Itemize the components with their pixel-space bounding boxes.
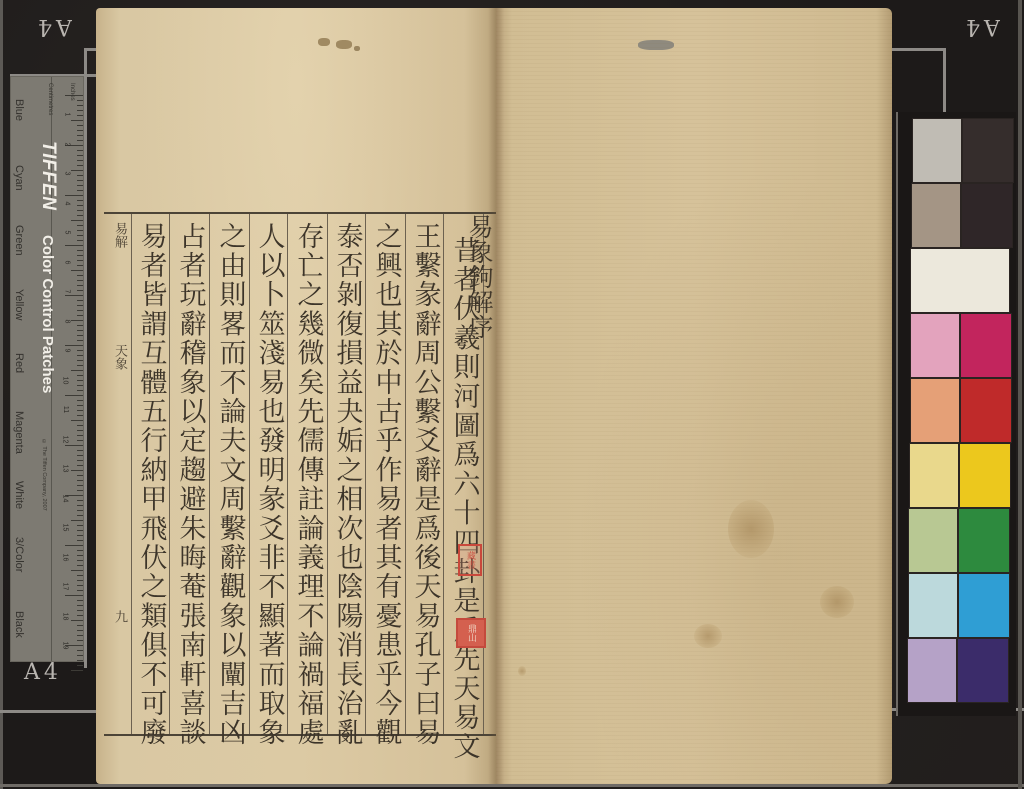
ruler-tick	[77, 165, 83, 166]
color-patch-left	[909, 443, 959, 508]
ruler-tick	[77, 460, 83, 461]
water-stain	[728, 500, 774, 558]
ruler-tick	[77, 205, 83, 206]
margin-page-number: 九	[110, 610, 129, 623]
ruler-tick	[71, 620, 83, 621]
text-column-2: 王繫彖辭周公繫爻辭是爲後天易孔子曰易	[406, 214, 444, 734]
ruler-tick	[77, 540, 83, 541]
color-patch-left	[908, 508, 958, 573]
tiffen-color-ruler: 12345678910111213141516171819 Centimetre…	[10, 76, 84, 662]
ruler-tick	[77, 525, 83, 526]
a4-label-bottom-left: A4	[24, 660, 62, 685]
ruler-tick	[65, 345, 83, 346]
color-patch-left	[910, 378, 960, 443]
ruler-tick	[77, 650, 83, 651]
color-patch-left	[908, 573, 958, 638]
ruler-tick	[65, 545, 83, 546]
column-text: 泰否剝復損益夬姤之相次也陰陽消長治亂	[328, 222, 366, 748]
color-word-blue: Blue	[13, 99, 25, 121]
ruler-tick	[77, 390, 83, 391]
color-patch-right	[959, 443, 1011, 508]
ruler-tick	[77, 130, 83, 131]
ruler-cm-label: 3	[64, 172, 71, 176]
ruler-tick	[77, 640, 83, 641]
ruler-tick	[77, 200, 83, 201]
column-text: 易者皆謂互體五行納甲飛伏之類俱不可廢	[132, 222, 170, 748]
ruler-tick	[71, 320, 83, 321]
water-stain	[694, 624, 722, 648]
ruler-tick	[71, 420, 83, 421]
ruler-tick	[77, 510, 83, 511]
ruler-cm-label: 1	[64, 113, 71, 117]
ruler-tick	[77, 240, 83, 241]
color-patch-right	[960, 378, 1012, 443]
ruler-tick	[77, 490, 83, 491]
ruler-tick	[77, 275, 83, 276]
ruler-title: Color Control Patches	[39, 235, 56, 393]
a4-label-top-right: A4	[962, 14, 1000, 39]
ruler-tick	[71, 520, 83, 521]
ruler-tick	[77, 140, 83, 141]
color-patch-left	[910, 313, 960, 378]
page-margin-column: 易解 天象 九	[104, 214, 132, 734]
ruler-units-in: Inches	[69, 83, 75, 101]
ruler-tick	[77, 380, 83, 381]
ruler-tick	[77, 225, 83, 226]
color-word-black: Black	[13, 611, 25, 638]
ruler-tick	[65, 395, 83, 396]
ruler-tick	[77, 400, 83, 401]
ruler-tick	[71, 670, 83, 671]
ruler-cm-label: 8	[64, 319, 71, 323]
ruler-tick	[77, 605, 83, 606]
ruler-cm-label: 16	[62, 553, 69, 561]
text-column-5: 存亡之幾微矣先儒傳註論義理不論禍福處	[288, 214, 328, 734]
ruler-tick	[65, 445, 83, 446]
color-patch-right	[958, 508, 1010, 573]
color-patch-right	[957, 638, 1009, 703]
tiffen-logo: TIFFEN	[37, 141, 59, 211]
ruler-cm-label: 7	[64, 290, 71, 294]
ruler-tick	[77, 315, 83, 316]
wormhole-damage	[354, 46, 360, 51]
ruler-copyright: © The Tiffen Company, 2007	[41, 439, 47, 511]
ruler-tick	[77, 610, 83, 611]
ruler-tick	[77, 310, 83, 311]
ruler-tick	[77, 555, 83, 556]
ruler-tick	[77, 435, 83, 436]
ruler-tick	[77, 375, 83, 376]
color-patch-right	[960, 313, 1012, 378]
red-seal-stamp: 鼎山	[456, 618, 486, 648]
color-patch-right	[962, 118, 1014, 183]
ruler-tick	[77, 105, 83, 106]
ruler-tick	[71, 220, 83, 221]
ruler-tick	[77, 100, 83, 101]
ruler-tick	[77, 115, 83, 116]
ruler-cm-label: 2	[64, 142, 71, 146]
ruler-tick	[77, 190, 83, 191]
ruler-tick	[77, 655, 83, 656]
ruler-tick	[77, 135, 83, 136]
text-column-9: 易者皆謂互體五行納甲飛伏之類俱不可廢	[132, 214, 170, 734]
ruler-tick	[71, 470, 83, 471]
left-page: 易解 天象 九 易者皆謂互體五行納甲飛伏之類俱不可廢 占者玩辭稽象以定趨避朱晦菴…	[96, 8, 496, 784]
ruler-cm-label: 14	[62, 494, 69, 502]
ruler-tick	[77, 660, 83, 661]
ruler-tick	[65, 245, 83, 246]
ruler-tick	[71, 270, 83, 271]
color-control-patches	[896, 112, 1016, 716]
right-page-blank	[496, 8, 892, 784]
ruler-tick	[77, 515, 83, 516]
ruler-tick	[77, 485, 83, 486]
ruler-tick	[77, 255, 83, 256]
text-column-6: 人以卜筮淺易也發明彖爻非不顯著而取象	[250, 214, 288, 734]
wormhole-damage	[336, 40, 352, 49]
ruler-cm-label: 13	[62, 465, 69, 473]
color-word-green: Green	[13, 225, 25, 256]
ruler-tick	[77, 355, 83, 356]
text-column-8: 占者玩辭稽象以定趨避朱晦菴張南軒喜談	[170, 214, 210, 734]
frame-line	[0, 710, 98, 713]
water-stain	[820, 586, 854, 618]
ruler-tick	[77, 300, 83, 301]
ruler-tick	[65, 295, 83, 296]
ruler-tick	[65, 595, 83, 596]
color-word-magenta: Magenta	[13, 411, 25, 454]
ruler-cm-label: 9	[64, 349, 71, 353]
ruler-cm-label: 17	[62, 583, 69, 591]
ruler-tick	[77, 155, 83, 156]
ruler-tick	[77, 335, 83, 336]
ruler-tick	[77, 125, 83, 126]
ruler-tick	[77, 285, 83, 286]
ruler-tick	[77, 480, 83, 481]
text-column-3: 之興也其於中古乎作易者其有憂患乎今觀	[366, 214, 406, 734]
color-patch-right	[961, 183, 1013, 248]
ruler-tick	[77, 265, 83, 266]
ruler-tick	[77, 500, 83, 501]
ruler-tick	[71, 120, 83, 121]
column-text: 人以卜筮淺易也發明彖爻非不顯著而取象	[250, 222, 288, 748]
ruler-cm-label: 10	[62, 376, 69, 384]
text-column-7: 之由則畧而不論夫文周繫辭觀象以闡吉凶	[210, 214, 250, 734]
ruler-tick	[77, 585, 83, 586]
ruler-tick	[77, 365, 83, 366]
ruler-tick	[77, 385, 83, 386]
ruler-tick	[77, 415, 83, 416]
frame-line	[888, 48, 946, 51]
ruler-cm-label: 15	[62, 524, 69, 532]
ruler-tick	[77, 290, 83, 291]
margin-section: 天象	[110, 344, 129, 370]
ruler-tick	[77, 450, 83, 451]
ruler-tick	[77, 505, 83, 506]
ruler-tick	[77, 475, 83, 476]
ruler-tick	[77, 235, 83, 236]
color-word-white: White	[13, 481, 25, 509]
ruler-tick	[77, 325, 83, 326]
ruler-tick	[77, 260, 83, 261]
ruler-tick	[77, 150, 83, 151]
text-column-4: 泰否剝復損益夬姤之相次也陰陽消長治亂	[328, 214, 366, 734]
color-word-yellow: Yellow	[13, 289, 25, 320]
ruler-tick	[77, 550, 83, 551]
ruler-tick	[77, 590, 83, 591]
ruler-tick	[77, 305, 83, 306]
color-patch-left	[911, 183, 961, 248]
ruler-tick	[77, 350, 83, 351]
color-word-cyan: Cyan	[13, 165, 25, 191]
ruler-cm-label: 4	[64, 201, 71, 205]
ruler-cm-label: 5	[64, 231, 71, 235]
ruler-tick	[77, 625, 83, 626]
color-word-3color: 3/Color	[13, 537, 25, 572]
ruler-tick	[77, 185, 83, 186]
ruler-tick	[71, 570, 83, 571]
ruler-tick	[77, 110, 83, 111]
ruler-tick	[77, 425, 83, 426]
wormhole-damage	[318, 38, 330, 46]
column-text: 之興也其於中古乎作易者其有憂患乎今觀	[367, 222, 405, 748]
ruler-tick	[77, 210, 83, 211]
margin-title: 易解	[110, 222, 129, 248]
ruler-tick	[77, 360, 83, 361]
ruler-tick	[77, 250, 83, 251]
red-seal-stamp: 藏書	[458, 544, 482, 576]
ruler-cm-label: 18	[62, 612, 69, 620]
ruler-tick	[77, 340, 83, 341]
frame-line	[84, 48, 87, 668]
column-text: 占者玩辭稽象以定趨避朱晦菴張南軒喜談	[171, 222, 209, 748]
ruler-tick	[77, 230, 83, 231]
ruler-tick	[77, 580, 83, 581]
water-stain	[518, 666, 526, 676]
book-spine	[488, 8, 504, 784]
color-patch-right	[958, 573, 1010, 638]
ruler-tick	[77, 665, 83, 666]
ruler-tick	[77, 455, 83, 456]
column-text: 之由則畧而不論夫文周繫辭觀象以闡吉凶	[211, 222, 249, 748]
ruler-cm-label: 12	[62, 435, 69, 443]
ruler-tick	[77, 160, 83, 161]
ruler-tick	[77, 615, 83, 616]
color-patch-white	[910, 248, 1010, 313]
ruler-tick	[71, 170, 83, 171]
ruler-tick	[77, 440, 83, 441]
ruler-tick	[77, 600, 83, 601]
ruler-tick	[77, 330, 83, 331]
ruler-tick	[77, 215, 83, 216]
ruler-tick	[77, 565, 83, 566]
printed-text-block: 易解 天象 九 易者皆謂互體五行納甲飛伏之類俱不可廢 占者玩辭稽象以定趨避朱晦菴…	[104, 212, 496, 736]
column-text: 王繫彖辭周公繫爻辭是爲後天易孔子曰易	[406, 222, 444, 748]
ruler-cm-label: 19	[62, 642, 69, 650]
ruler-tick	[77, 430, 83, 431]
ruler-tick	[77, 575, 83, 576]
wormhole-damage	[638, 40, 674, 50]
ruler-tick	[77, 410, 83, 411]
column-text: 存亡之幾微矣先儒傳註論義理不論禍福處	[289, 222, 327, 748]
frame-line	[943, 48, 946, 114]
ruler-cm-label: 6	[64, 260, 71, 264]
ruler-tick	[77, 560, 83, 561]
ruler-tick	[77, 635, 83, 636]
ruler-tick	[77, 535, 83, 536]
frame-line	[1018, 0, 1022, 789]
frame-line	[0, 0, 3, 789]
color-word-red: Red	[13, 353, 25, 373]
ruler-tick	[77, 280, 83, 281]
ruler-cm-label: 11	[62, 406, 69, 413]
ruler-tick	[77, 530, 83, 531]
ruler-units-cm: Centimetres	[47, 83, 53, 115]
ruler-tick	[77, 405, 83, 406]
a4-label-top-left: A4	[34, 14, 72, 39]
color-patch-left	[907, 638, 957, 703]
ruler-tick	[65, 195, 83, 196]
ruler-tick	[77, 630, 83, 631]
frame-line	[0, 784, 1024, 787]
color-patch-left	[912, 118, 962, 183]
ruler-tick	[77, 175, 83, 176]
ruler-tick	[71, 370, 83, 371]
ruler-tick	[77, 465, 83, 466]
open-book: 易解 天象 九 易者皆謂互體五行納甲飛伏之類俱不可廢 占者玩辭稽象以定趨避朱晦菴…	[96, 8, 892, 784]
ruler-tick	[77, 180, 83, 181]
